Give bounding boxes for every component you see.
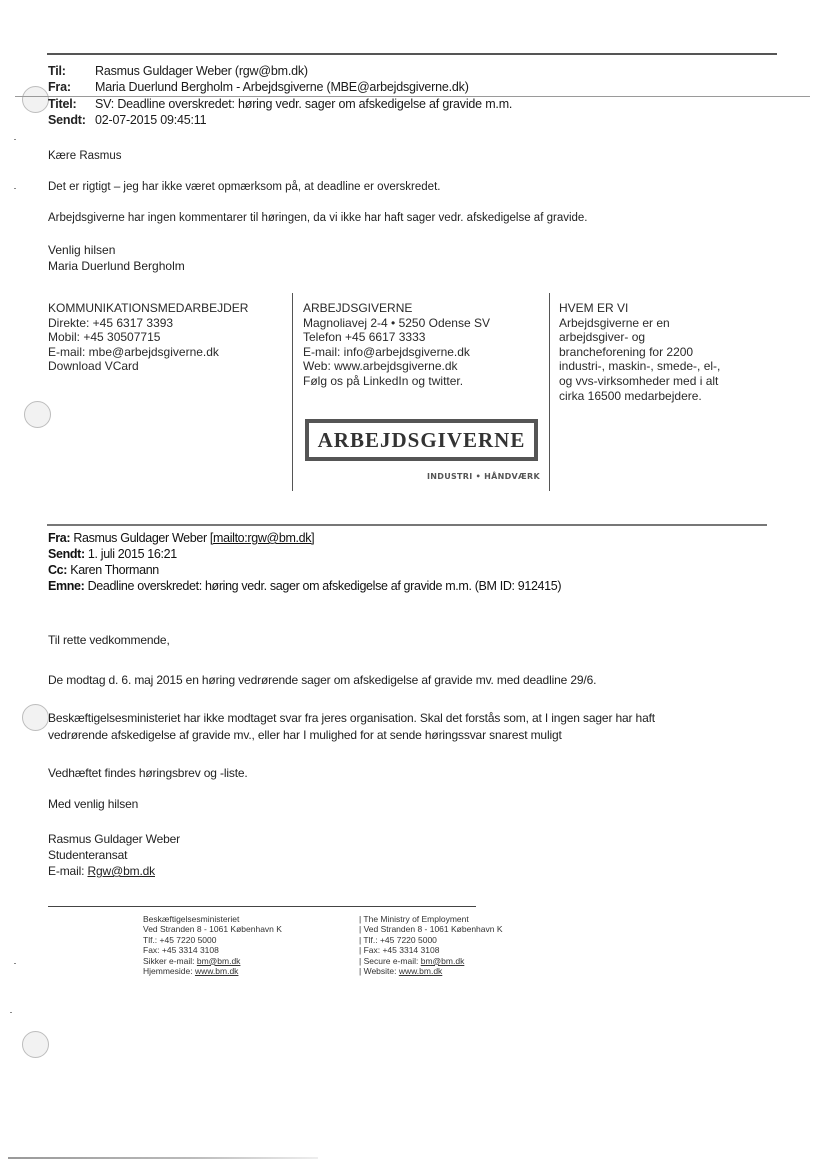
ministry-email-row-da: Sikker e-mail: bm@bm.dk	[143, 956, 282, 966]
signature-role: KOMMUNIKATIONSMEDARBEJDER	[48, 301, 248, 316]
signature-divider-1	[292, 293, 293, 491]
secure-email-label: Sikker e-mail:	[143, 956, 197, 966]
fwd-para-3: Vedhæftet findes høringsbrev og -liste.	[48, 766, 248, 781]
org-phone: Telefon +45 6617 3333	[303, 330, 490, 345]
fwd-para-2-line-2: vedrørende afskedigelse af gravide mv., …	[48, 728, 562, 743]
ministry-phone-en: | Tlf.: +45 7220 5000	[359, 935, 503, 945]
signature-divider-2	[549, 293, 550, 491]
about-title: HVEM ER VI	[559, 301, 720, 316]
fwd-cc-label: Cc:	[48, 563, 67, 577]
reply-para-2: Arbejdsgiverne har ingen kommentarer til…	[48, 211, 588, 225]
org-address: Magnoliavej 2-4 • 5250 Odense SV	[303, 316, 490, 331]
punch-hole-3	[22, 704, 49, 731]
sent-value: 02-07-2015 09:45:11	[95, 113, 206, 127]
fwd-sent-value: 1. juli 2015 16:21	[88, 547, 177, 561]
fwd-closing: Med venlig hilsen	[48, 797, 138, 812]
fwd-cc-row: Cc: Karen Thormann	[48, 563, 159, 578]
org-social: Følg os på LinkedIn og twitter.	[303, 374, 490, 389]
fwd-from-value: Rasmus Guldager Weber	[73, 531, 206, 545]
fwd-sent-label: Sendt:	[48, 547, 85, 561]
sent-row: Sendt:02-07-2015 09:45:11	[48, 113, 206, 127]
signature-org-column: ARBEJDSGIVERNE Magnoliavej 2-4 • 5250 Od…	[303, 301, 490, 389]
fwd-cc-value: Karen Thormann	[70, 563, 159, 577]
punch-hole-1	[22, 86, 49, 113]
sent-label: Sendt:	[48, 113, 95, 127]
signature-direct-phone: Direkte: +45 6317 3393	[48, 316, 248, 331]
to-value: Rasmus Guldager Weber (rgw@bm.dk)	[95, 64, 308, 78]
about-line: brancheforening for 2200	[559, 345, 720, 360]
ministry-phone-da: Tlf.: +45 7220 5000	[143, 935, 282, 945]
ministry-email-link-da[interactable]: bm@bm.dk	[197, 956, 241, 966]
title-value: SV: Deadline overskredet: høring vedr. s…	[95, 97, 512, 111]
fwd-sent-row: Sendt: 1. juli 2015 16:21	[48, 547, 177, 562]
secure-email-label: | Secure e-mail:	[359, 956, 421, 966]
top-divider	[47, 53, 777, 55]
fwd-email-label: E-mail:	[48, 864, 87, 878]
download-vcard-link[interactable]: Download VCard	[48, 359, 248, 374]
ministry-address-en: | Ved Stranden 8 - 1061 København K	[359, 924, 503, 934]
org-email[interactable]: E-mail: info@arbejdsgiverne.dk	[303, 345, 490, 360]
ministry-name-da: Beskæftigelsesministeriet	[143, 914, 282, 924]
reply-signer: Maria Duerlund Bergholm	[48, 259, 185, 273]
ministry-footer-english: | The Ministry of Employment | Ved Stran…	[359, 914, 503, 976]
reply-greeting: Kære Rasmus	[48, 149, 122, 163]
signature-email[interactable]: E-mail: mbe@arbejdsgiverne.dk	[48, 345, 248, 360]
reply-closing: Venlig hilsen	[48, 243, 115, 257]
signature-contact-column: KOMMUNIKATIONSMEDARBEJDER Direkte: +45 6…	[48, 301, 248, 374]
bottom-scan-edge	[8, 1157, 318, 1159]
fwd-mailto-link[interactable]: [mailto:rgw@bm.dk]	[210, 531, 314, 545]
title-row: Titel:SV: Deadline overskredet: høring v…	[48, 97, 512, 111]
website-label: | Website:	[359, 966, 399, 976]
scan-speck	[14, 139, 16, 140]
about-line: industri-, maskin-, smede-, el-,	[559, 359, 720, 374]
org-name: ARBEJDSGIVERNE	[303, 301, 490, 316]
about-line: arbejdsgiver- og	[559, 330, 720, 345]
scan-speck	[14, 963, 16, 964]
signature-mobile: Mobil: +45 30507715	[48, 330, 248, 345]
arbejdsgiverne-logo: ARBEJDSGIVERNE	[305, 419, 538, 461]
about-line: og vvs-virksomheder med i alt	[559, 374, 720, 389]
ministry-fax-en: | Fax: +45 3314 3108	[359, 945, 503, 955]
fwd-from-row: Fra: Rasmus Guldager Weber [mailto:rgw@b…	[48, 531, 314, 546]
to-label: Til:	[48, 64, 95, 78]
fwd-greeting: Til rette vedkommende,	[48, 633, 170, 648]
ministry-fax-da: Fax: +45 3314 3108	[143, 945, 282, 955]
footer-divider	[48, 906, 476, 907]
ministry-web-link-en[interactable]: www.bm.dk	[399, 966, 442, 976]
fwd-para-1: De modtag d. 6. maj 2015 en høring vedrø…	[48, 673, 596, 688]
ministry-web-row-en: | Website: www.bm.dk	[359, 966, 503, 976]
to-row: Til:Rasmus Guldager Weber (rgw@bm.dk)	[48, 64, 308, 78]
ministry-email-link-en[interactable]: bm@bm.dk	[421, 956, 465, 966]
punch-hole-4	[22, 1031, 49, 1058]
logo-wordmark: ARBEJDSGIVERNE	[318, 428, 526, 453]
ministry-web-link-da[interactable]: www.bm.dk	[195, 966, 238, 976]
forward-divider	[47, 524, 767, 526]
fwd-subject-value: Deadline overskredet: høring vedr. sager…	[88, 579, 562, 593]
fwd-email-link[interactable]: Rgw@bm.dk	[87, 864, 155, 878]
ministry-email-row-en: | Secure e-mail: bm@bm.dk	[359, 956, 503, 966]
ministry-address-da: Ved Stranden 8 - 1061 København K	[143, 924, 282, 934]
fwd-subject-label: Emne:	[48, 579, 84, 593]
fwd-signer-email-row: E-mail: Rgw@bm.dk	[48, 864, 155, 879]
ministry-name-en: | The Ministry of Employment	[359, 914, 503, 924]
reply-para-1: Det er rigtigt – jeg har ikke været opmæ…	[48, 180, 440, 194]
ministry-web-row-da: Hjemmeside: www.bm.dk	[143, 966, 282, 976]
about-line: cirka 16500 medarbejdere.	[559, 389, 720, 404]
scan-speck	[14, 188, 16, 189]
signature-about-column: HVEM ER VI Arbejdsgiverne er en arbejdsg…	[559, 301, 720, 403]
punch-hole-2	[24, 401, 51, 428]
title-label: Titel:	[48, 97, 95, 111]
org-web[interactable]: Web: www.arbejdsgiverne.dk	[303, 359, 490, 374]
from-value: Maria Duerlund Bergholm - Arbejdsgiverne…	[95, 80, 469, 94]
fwd-subject-row: Emne: Deadline overskredet: høring vedr.…	[48, 579, 561, 594]
website-label: Hjemmeside:	[143, 966, 195, 976]
fwd-para-2-line-1: Beskæftigelsesministeriet har ikke modta…	[48, 711, 655, 726]
logo-tagline: INDUSTRI • HÅNDVÆRK	[400, 472, 540, 481]
fwd-signer-title: Studenteransat	[48, 848, 127, 863]
from-row: Fra:Maria Duerlund Bergholm - Arbejdsgiv…	[48, 80, 469, 94]
fwd-from-label: Fra:	[48, 531, 70, 545]
scan-speck	[10, 1012, 12, 1013]
ministry-footer-danish: Beskæftigelsesministeriet Ved Stranden 8…	[143, 914, 282, 976]
fwd-signer-name: Rasmus Guldager Weber	[48, 832, 180, 847]
from-label: Fra:	[48, 80, 95, 94]
about-line: Arbejdsgiverne er en	[559, 316, 720, 331]
